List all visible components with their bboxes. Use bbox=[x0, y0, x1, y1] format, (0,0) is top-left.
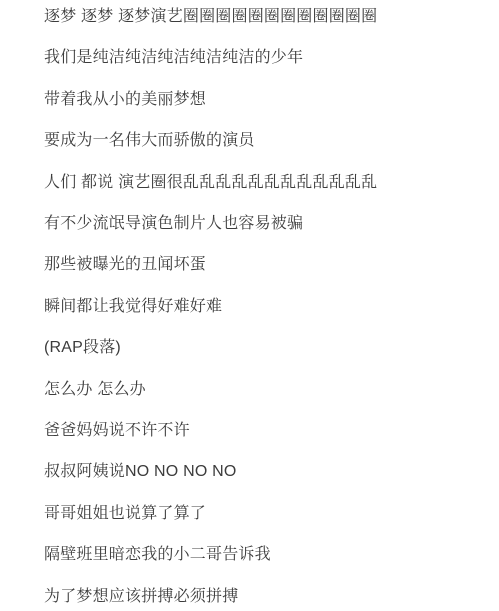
lyric-line: 逐梦 逐梦 逐梦演艺圈圈圈圈圈圈圈圈圈圈圈圈 bbox=[44, 0, 489, 37]
lyric-line: 隔壁班里暗恋我的小二哥告诉我 bbox=[44, 534, 489, 575]
lyric-line: 我们是纯洁纯洁纯洁纯洁纯洁的少年 bbox=[44, 37, 489, 78]
lyric-line: 人们 都说 演艺圈很乱乱乱乱乱乱乱乱乱乱乱乱 bbox=[44, 162, 489, 203]
lyric-line: 叔叔阿姨说NO NO NO NO bbox=[44, 451, 489, 492]
lyric-line-rap-marker: (RAP段落) bbox=[44, 327, 489, 368]
lyric-line: 有不少流氓导演色制片人也容易被骗 bbox=[44, 203, 489, 244]
lyric-line: 为了梦想应该拼搏必须拼搏 bbox=[44, 576, 489, 611]
lyric-line: 哥哥姐姐也说算了算了 bbox=[44, 493, 489, 534]
lyric-line: 那些被曝光的丑闻坏蛋 bbox=[44, 244, 489, 285]
lyric-line: 爸爸妈妈说不许不许 bbox=[44, 410, 489, 451]
lyric-line: 瞬间都让我觉得好难好难 bbox=[44, 286, 489, 327]
lyric-line: 怎么办 怎么办 bbox=[44, 369, 489, 410]
lyric-line: 要成为一名伟大而骄傲的演员 bbox=[44, 120, 489, 161]
lyric-line: 带着我从小的美丽梦想 bbox=[44, 79, 489, 120]
lyrics-sheet: 逐梦 逐梦 逐梦演艺圈圈圈圈圈圈圈圈圈圈圈圈 我们是纯洁纯洁纯洁纯洁纯洁的少年 … bbox=[0, 0, 499, 607]
